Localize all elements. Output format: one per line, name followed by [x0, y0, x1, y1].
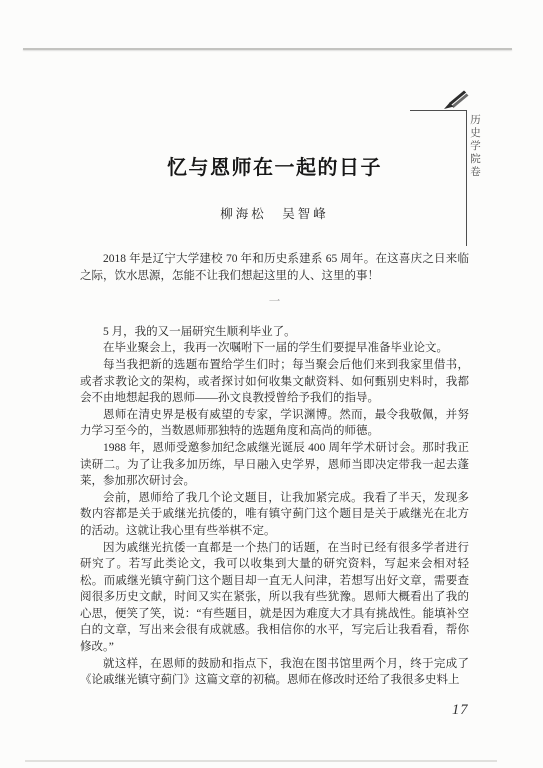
pencil-icon	[441, 86, 469, 111]
page-number: 17	[452, 702, 469, 719]
volume-label: 历史学院卷	[468, 114, 483, 179]
article-title: 忆与恩师在一起的日子	[80, 151, 469, 180]
paragraph: 每当我把新的选题布置给学生们时；每当聚会后他们来到我家里借书，或者求教论文的架构…	[80, 357, 469, 407]
authors: 柳海松 吴智峰	[80, 204, 469, 222]
paragraph: 就这样，在恩师的鼓励和指点下，我泡在图书馆里两个月，终于完成了《论戚继光镇守蓟门…	[80, 656, 469, 689]
paragraph: 在毕业聚会上，我再一次嘱咐下一届的学生们要提早准备毕业论文。	[80, 340, 469, 357]
paragraph: 因为戚继光抗倭一直都是一个热门的话题，在当时已经有很多学者进行研究了。若写此类论…	[80, 540, 469, 656]
scanned-book-page: 历史学院卷 忆与恩师在一起的日子 柳海松 吴智峰 2018 年是辽宁大学建校 7…	[0, 0, 543, 768]
article-body: 2018 年是辽宁大学建校 70 年和历史系建系 65 周年。在这喜庆之日来临之…	[80, 251, 469, 689]
page-bottom-edge	[25, 760, 497, 762]
paragraph: 1988 年，恩师受邀参加纪念戚继光诞辰 400 周年学术研讨会。那时我正读研二…	[80, 440, 469, 490]
paragraph: 5 月，我的又一届研究生顺利毕业了。	[80, 324, 469, 341]
paragraph: 恩师在清史界是极有威望的专家，学识渊博。然而，最令我敬佩，并努力学习至今的，当数…	[80, 407, 469, 440]
paragraph-intro: 2018 年是辽宁大学建校 70 年和历史系建系 65 周年。在这喜庆之日来临之…	[80, 251, 469, 284]
page-top-edge	[23, 48, 512, 50]
paragraph: 会前，恩师给了我几个论文题目，让我加紧完成。我看了半天，发现多数内容都是关于戚继…	[80, 490, 469, 540]
section-divider: 一	[80, 294, 469, 311]
